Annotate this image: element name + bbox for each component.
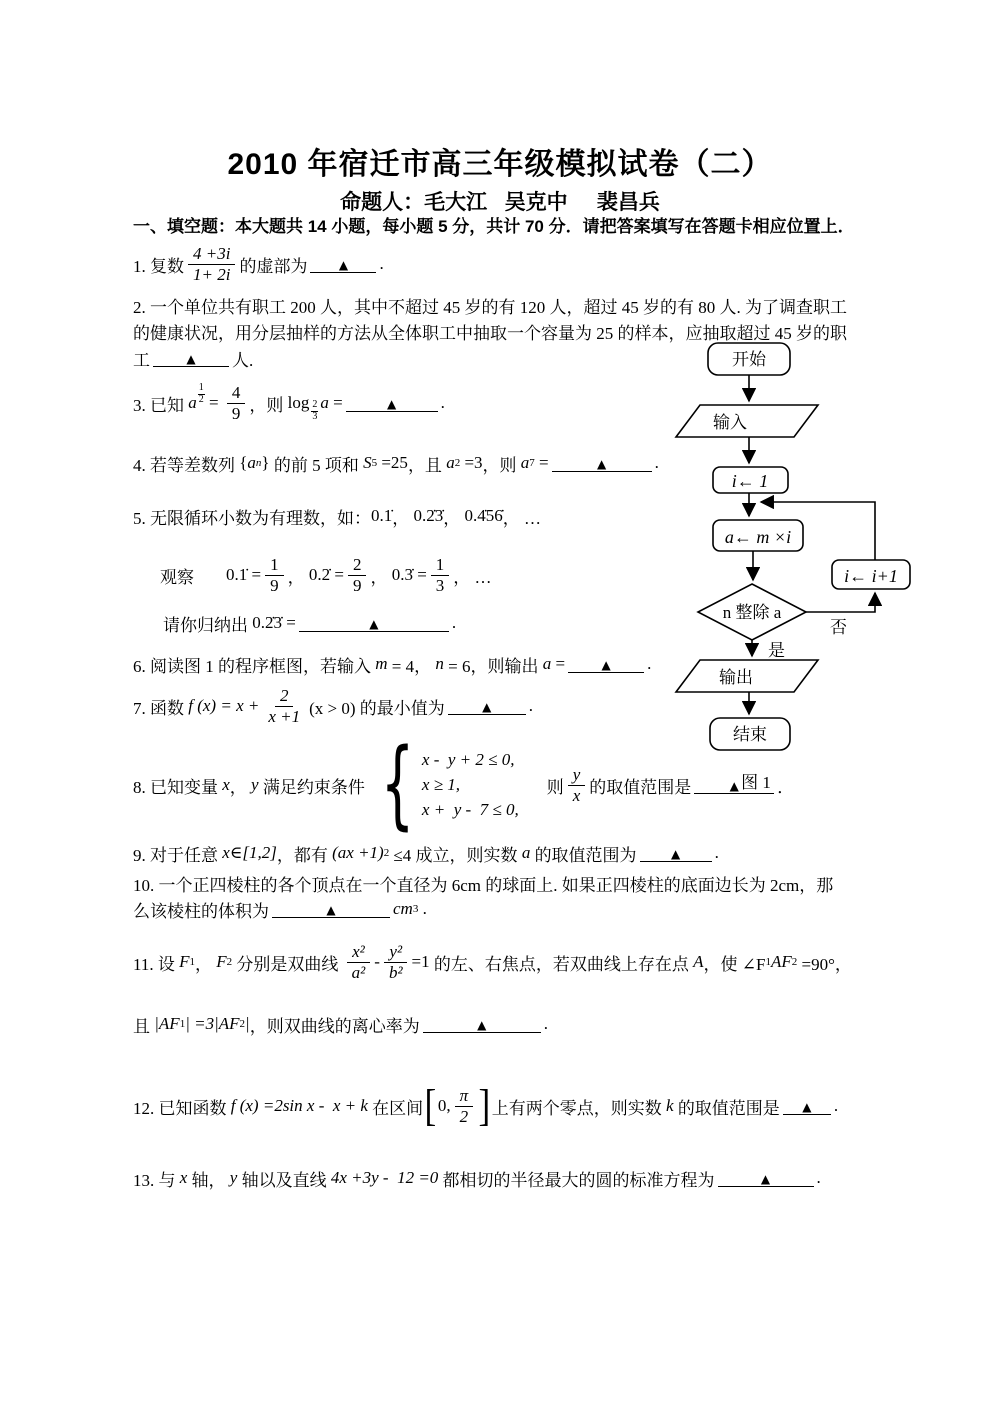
question-text: 则	[547, 773, 564, 798]
question-text: ，则	[483, 451, 521, 476]
fraction-numerator: y²	[384, 942, 407, 963]
fraction-denominator: 2	[455, 1107, 474, 1127]
triangle-mark: ▲	[671, 848, 680, 861]
fraction-denominator: 1+ 2i	[188, 265, 235, 285]
interval-start: 0,	[438, 1096, 451, 1116]
answer-blank: ▲	[153, 349, 229, 367]
ellipsis: ， …	[503, 504, 541, 529]
equals-value: = 6，则输出	[444, 652, 543, 677]
question-text: (x > 0) 的最小值为	[309, 694, 445, 719]
question-text: .	[817, 1168, 821, 1188]
question-text: 的取值范围为	[530, 841, 636, 866]
comma: ，	[370, 563, 391, 588]
variable-x: x	[180, 1168, 188, 1188]
answer-blank: ▲	[346, 394, 438, 412]
fraction: yx	[568, 765, 586, 805]
question-11-line-1: 11. 设 F1 ， F2 分别是双曲线 x²a² - y²b² =1 的左、右…	[133, 934, 852, 990]
question-7: 7. 函数 f (x) = x + 2x +1 (x > 0) 的最小值为 ▲ …	[133, 682, 533, 730]
brace-close: }	[261, 453, 269, 473]
variable-x: x	[222, 775, 230, 795]
flowchart-start-label: 开始	[732, 350, 767, 369]
question-text: 3. 已知	[133, 391, 188, 416]
question-text: 13. 与	[133, 1166, 180, 1191]
minus-sign: -	[374, 952, 380, 972]
question-text: .	[544, 1014, 548, 1034]
question-text: 10. 一个正四棱柱的各个顶点在一个直径为 6cm 的球面上. 如果正四棱柱的底…	[133, 871, 833, 896]
flowchart-increment-label: i← i+1	[844, 566, 898, 586]
fraction-denominator: 3	[431, 576, 450, 596]
question-text: 6. 阅读图 1 的程序框图，若输入	[133, 652, 375, 677]
log-symbol: log	[288, 393, 310, 413]
function-expression: f (x) =2sin x - x + k	[231, 1096, 368, 1116]
fraction-numerator: 4 +3i	[188, 244, 235, 265]
question-text: 7. 函数	[133, 694, 188, 719]
answer-blank: ▲	[783, 1097, 831, 1115]
variable-a7: a	[521, 453, 530, 473]
question-text: .	[529, 696, 533, 716]
question-text: 满足约束条件	[259, 773, 365, 798]
question-text: 上有两个零点，则实数	[492, 1094, 666, 1119]
fraction: 4 +3i 1+ 2i	[188, 244, 235, 284]
fraction: 2x +1	[263, 686, 305, 726]
comma: ，	[288, 563, 309, 588]
triangle-mark: ▲	[186, 353, 195, 366]
question-11-line-2: 且 |AF1 | =3|AF2| ，则双曲线的离心率为 ▲ .	[133, 1006, 548, 1042]
repeating-decimal: 0.2̇ =	[309, 565, 344, 585]
fraction-numerator: π	[455, 1086, 474, 1107]
variable-a: a	[522, 843, 531, 863]
fraction-denominator: x +1	[263, 707, 305, 727]
question-3: 3. 已知 a 1 2 = 4 9 ，则 log 2 3 a = ▲ .	[133, 374, 445, 432]
comma: ，	[230, 773, 251, 798]
fraction-numerator: 4	[227, 383, 246, 404]
question-text: 4. 若等差数列	[133, 451, 239, 476]
equals-value: = 4，	[388, 652, 436, 677]
question-10-line-1: 10. 一个正四棱柱的各个顶点在一个直径为 6cm 的球面上. 如果正四棱柱的底…	[133, 871, 833, 895]
fraction-numerator: 1	[198, 383, 205, 395]
triangle-mark: ▲	[761, 1173, 770, 1186]
answer-blank: ▲	[448, 697, 526, 715]
constraint-1: x - y + 2 ≤ 0,	[422, 750, 519, 770]
question-1: 1. 复数 4 +3i 1+ 2i 的虚部为 ▲ .	[133, 238, 384, 290]
section-heading: 一、填空题：本大题共 14 小题，每小题 5 分，共计 70 分．请把答案填写在…	[133, 212, 893, 237]
question-text: ≤4 成立，则实数	[389, 841, 522, 866]
focus-F1: F	[179, 952, 189, 972]
question-text: 12. 已知函数	[133, 1094, 231, 1119]
fraction: π2	[455, 1086, 474, 1126]
fraction-denominator: 9	[227, 404, 246, 424]
figure-caption: 图 1	[741, 773, 771, 792]
comma: ，	[392, 504, 413, 529]
point-A: A	[693, 952, 703, 972]
triangle-mark: ▲	[482, 701, 491, 714]
question-text: .	[379, 254, 383, 274]
flowchart-output-label: 输出	[719, 668, 753, 687]
answer-blank: ▲	[272, 900, 390, 918]
triangle-mark: ▲	[477, 1019, 486, 1032]
equals-sign: =	[205, 393, 223, 413]
question-text: 的虚部为	[239, 252, 307, 277]
left-brace: {	[381, 744, 415, 826]
question-text: 1. 复数	[133, 252, 184, 277]
variable-a2: a	[446, 453, 455, 473]
fraction-denominator: 3	[311, 412, 318, 423]
answer-blank: ▲	[423, 1015, 541, 1033]
answer-blank: ▲	[299, 614, 449, 632]
fraction-denominator: a²	[347, 963, 371, 983]
flowchart-decision-label: n 整除 a	[723, 603, 782, 622]
fraction: 29	[348, 555, 367, 595]
question-text: 分别是双曲线	[232, 950, 343, 975]
triangle-mark: ▲	[601, 659, 610, 672]
ellipsis: ， …	[453, 563, 491, 588]
question-text: 工	[133, 346, 150, 371]
variable-a: a	[188, 393, 197, 413]
repeating-decimal: 0.1̇ =	[226, 565, 261, 585]
triangle-mark: ▲	[369, 618, 378, 631]
variable-y: y	[230, 1168, 238, 1188]
fraction-numerator: x²	[347, 942, 370, 963]
equals-value: =90°，	[797, 950, 852, 975]
question-text: ，使 ∠F	[704, 950, 766, 975]
question-6: 6. 阅读图 1 的程序框图，若输入 m = 4， n = 6，则输出 a = …	[133, 650, 651, 678]
question-text: ，则双曲线的离心率为	[250, 1012, 420, 1037]
question-4: 4. 若等差数列 {an} 的前 5 项和 S5 =25 ，且 a2 =3 ，则…	[133, 446, 659, 480]
comma: ，	[195, 950, 216, 975]
fraction-denominator: 2	[198, 395, 205, 406]
variable-n: n	[435, 654, 444, 674]
question-text: 的前 5 项和	[270, 451, 364, 476]
equals-value: =3	[460, 453, 482, 473]
repeating-decimal: 0.4̇56̇	[465, 506, 503, 526]
answer-blank: ▲	[552, 454, 652, 472]
answer-blank: ▲	[310, 255, 376, 273]
sequence-term: a	[247, 453, 256, 473]
flowchart-input-node	[676, 405, 818, 437]
variable-k: k	[666, 1096, 674, 1116]
question-text: .	[441, 393, 445, 413]
answer-blank: ▲	[718, 1169, 814, 1187]
question-text: .	[834, 1096, 838, 1116]
fraction-numerator: 2	[311, 400, 318, 412]
constraint-list: x - y + 2 ≤ 0, x ≥ 1, x + y - 7 ≤ 0,	[422, 750, 519, 820]
fraction: 19	[265, 555, 284, 595]
fraction-numerator: 1	[265, 555, 284, 576]
fraction: 4 9	[227, 383, 246, 423]
constraint-3: x + y - 7 ≤ 0,	[422, 800, 519, 820]
fraction-denominator: 9	[265, 576, 284, 596]
question-text: .	[452, 613, 456, 633]
variable-a: a	[543, 654, 552, 674]
question-5-line-3: 请你归纳出 0.2̇3̇ = ▲ .	[163, 604, 456, 642]
question-text: .	[418, 899, 427, 919]
brace-open: {	[239, 453, 247, 473]
fraction-denominator: b²	[384, 963, 408, 983]
log-base-fraction: 2 3	[311, 400, 318, 422]
variable-m: m	[375, 654, 387, 674]
question-text: 的取值范围是	[674, 1094, 780, 1119]
question-text: 都相切的半径最大的圆的标准方程为	[438, 1166, 714, 1191]
fraction-denominator: 9	[348, 576, 367, 596]
flow-arrow-no	[806, 593, 875, 612]
repeating-decimal: 0.3̇ =	[392, 565, 427, 585]
equals-value: =1	[412, 952, 430, 972]
question-text: 2. 一个单位共有职工 200 人，其中不超过 45 岁的有 120 人，超过 …	[133, 293, 847, 318]
question-text: 请你归纳出	[163, 611, 252, 636]
fraction: y²b²	[384, 942, 408, 982]
fraction-numerator: 2	[348, 555, 367, 576]
exam-page: 2010 年宿迁市高三年级模拟试卷（二） 命题人：毛大江 吴克中 裴昌兵 一、填…	[0, 0, 1000, 1415]
question-text: 且	[133, 1012, 154, 1037]
question-5-line-2: 观察 0.1̇ = 19 ， 0.2̇ = 29 ， 0.3̇ = 13 ， …	[160, 552, 492, 598]
question-text: 轴，	[187, 1166, 230, 1191]
question-text: 轴以及直线	[237, 1166, 331, 1191]
flowchart-init-label: i← 1	[732, 471, 769, 491]
function-expression: f (x) = x +	[188, 696, 259, 716]
variable-S: S	[363, 453, 372, 473]
segment-AF1: |AF	[154, 1014, 179, 1034]
exam-title: 2010 年宿迁市高三年级模拟试卷（二）	[0, 139, 1000, 183]
question-text: 人.	[232, 346, 253, 371]
variable-a: a	[320, 393, 329, 413]
variable-y: y	[251, 775, 259, 795]
equals-sign: =	[551, 654, 565, 674]
question-12: 12. 已知函数 f (x) =2sin x - x + k 在区间 [ 0, …	[133, 1076, 838, 1136]
question-5-line-1: 5. 无限循环小数为有理数，如： 0.1̇ ， 0.2̇3̇ ， 0.4̇56̇…	[133, 500, 541, 532]
constraint-system: { x - y + 2 ≤ 0, x ≥ 1, x + y - 7 ≤ 0,	[367, 744, 519, 826]
question-10-line-2: 么该棱柱的体积为 ▲ cm3 .	[133, 896, 427, 922]
question-text: 么该棱柱的体积为	[133, 897, 269, 922]
fraction: 13	[431, 555, 450, 595]
question-text: ，则	[249, 391, 287, 416]
triangle-mark: ▲	[387, 398, 396, 411]
question-text: ，且	[408, 451, 446, 476]
equals-sign: =	[535, 453, 549, 473]
question-text: .	[715, 843, 719, 863]
triangle-mark: ▲	[326, 904, 335, 917]
unit-cm: cm	[393, 899, 413, 919]
fraction-numerator: 1	[431, 555, 450, 576]
question-text: 5. 无限循环小数为有理数，如：	[133, 504, 371, 529]
repeating-decimal: 0.1̇	[371, 506, 392, 526]
question-text: ，都有	[277, 841, 332, 866]
flowchart-no-label: 否	[830, 618, 847, 637]
question-text: 观察	[160, 563, 194, 588]
repeating-decimal: 0.2̇3̇	[414, 506, 444, 526]
answer-blank: ▲	[640, 844, 712, 862]
question-9: 9. 对于任意 x∈[1,2] ，都有 (ax +1)2 ≤4 成立，则实数 a…	[133, 839, 719, 867]
question-text: 8. 已知变量	[133, 773, 222, 798]
angle-expression: AF	[771, 952, 792, 972]
flowchart-input-label: 输入	[713, 413, 747, 432]
fraction: x²a²	[347, 942, 371, 982]
fraction-numerator: 2	[275, 686, 294, 707]
triangle-mark: ▲	[339, 259, 348, 272]
interval-expression: x∈[1,2]	[222, 843, 277, 863]
focus-F2: F	[216, 952, 226, 972]
expression: (ax +1)	[332, 843, 384, 863]
answer-blank: ▲	[568, 655, 644, 673]
equals-expression: | =3|AF	[185, 1014, 239, 1034]
equals-value: =25	[377, 453, 408, 473]
question-2-line-3: 工 ▲ 人.	[133, 346, 253, 370]
question-2-line-1: 2. 一个单位共有职工 200 人，其中不超过 45 岁的有 120 人，超过 …	[133, 293, 847, 317]
repeating-decimal: 0.2̇3̇ =	[252, 613, 296, 633]
flowchart-end-label: 结束	[733, 725, 767, 744]
triangle-mark: ▲	[802, 1101, 811, 1114]
exponent-fraction: 1 2	[198, 383, 205, 405]
question-text: 的左、右焦点，若双曲线上存在点	[430, 950, 694, 975]
question-text: 在区间	[368, 1094, 423, 1119]
question-13: 13. 与 x 轴， y 轴以及直线 4x +3y - 12 =0 都相切的半径…	[133, 1158, 821, 1198]
equals-sign: =	[329, 393, 343, 413]
comma: ，	[443, 504, 464, 529]
fraction-denominator: x	[568, 786, 586, 806]
triangle-mark: ▲	[597, 458, 606, 471]
flowchart-yes-label: 是	[768, 641, 785, 660]
line-equation: 4x +3y - 12 =0	[331, 1168, 438, 1188]
question-text: 11. 设	[133, 950, 179, 975]
constraint-2: x ≥ 1,	[422, 775, 519, 795]
question-text: 9. 对于任意	[133, 841, 222, 866]
fraction-numerator: y	[568, 765, 586, 786]
flowchart-figure: 开始 输入 i← 1 a← m ×i n 整除 a 是 否 i← i+1 输出 …	[640, 332, 922, 802]
flowchart-assign-label: a← m ×i	[725, 527, 791, 547]
